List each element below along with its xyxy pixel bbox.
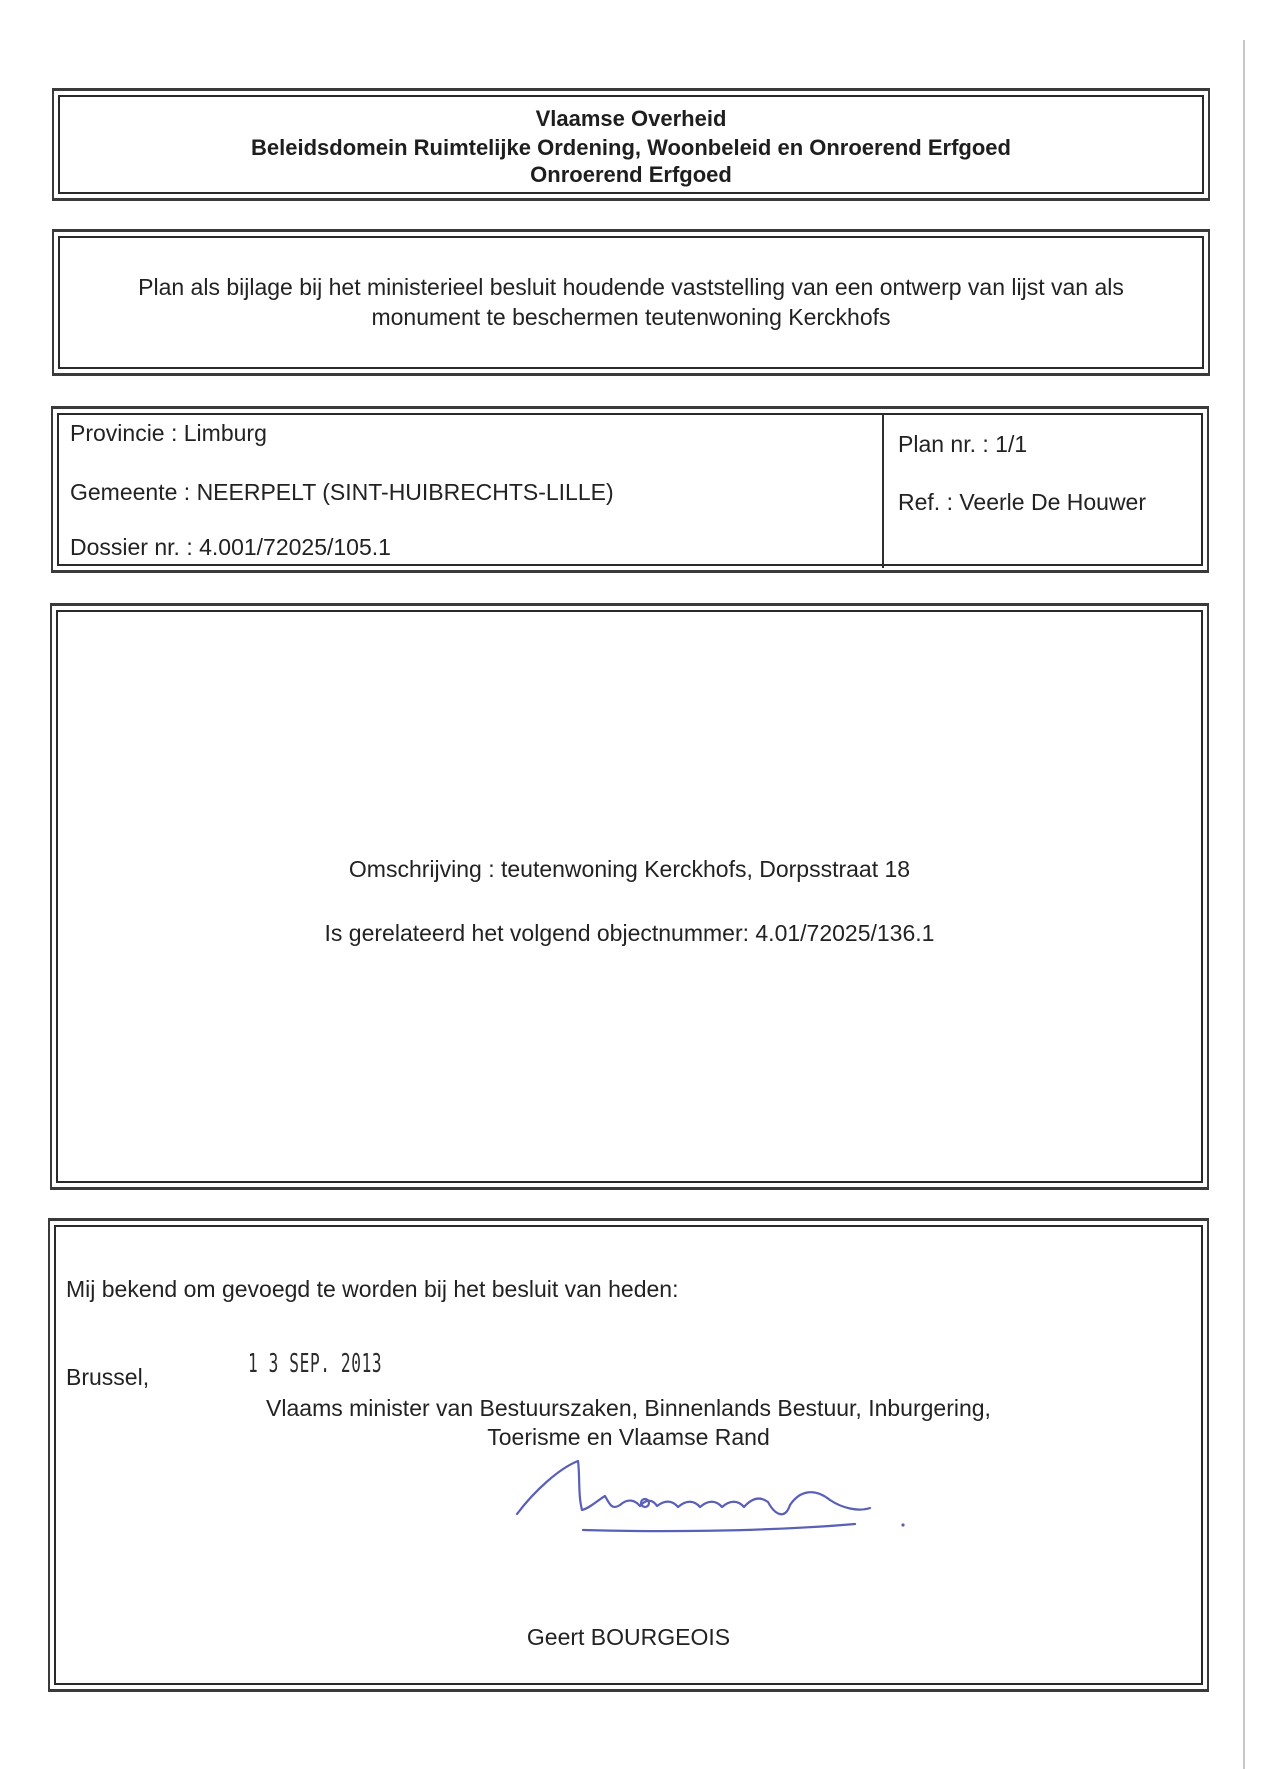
- handwritten-signature-icon: [0, 0, 1262, 1769]
